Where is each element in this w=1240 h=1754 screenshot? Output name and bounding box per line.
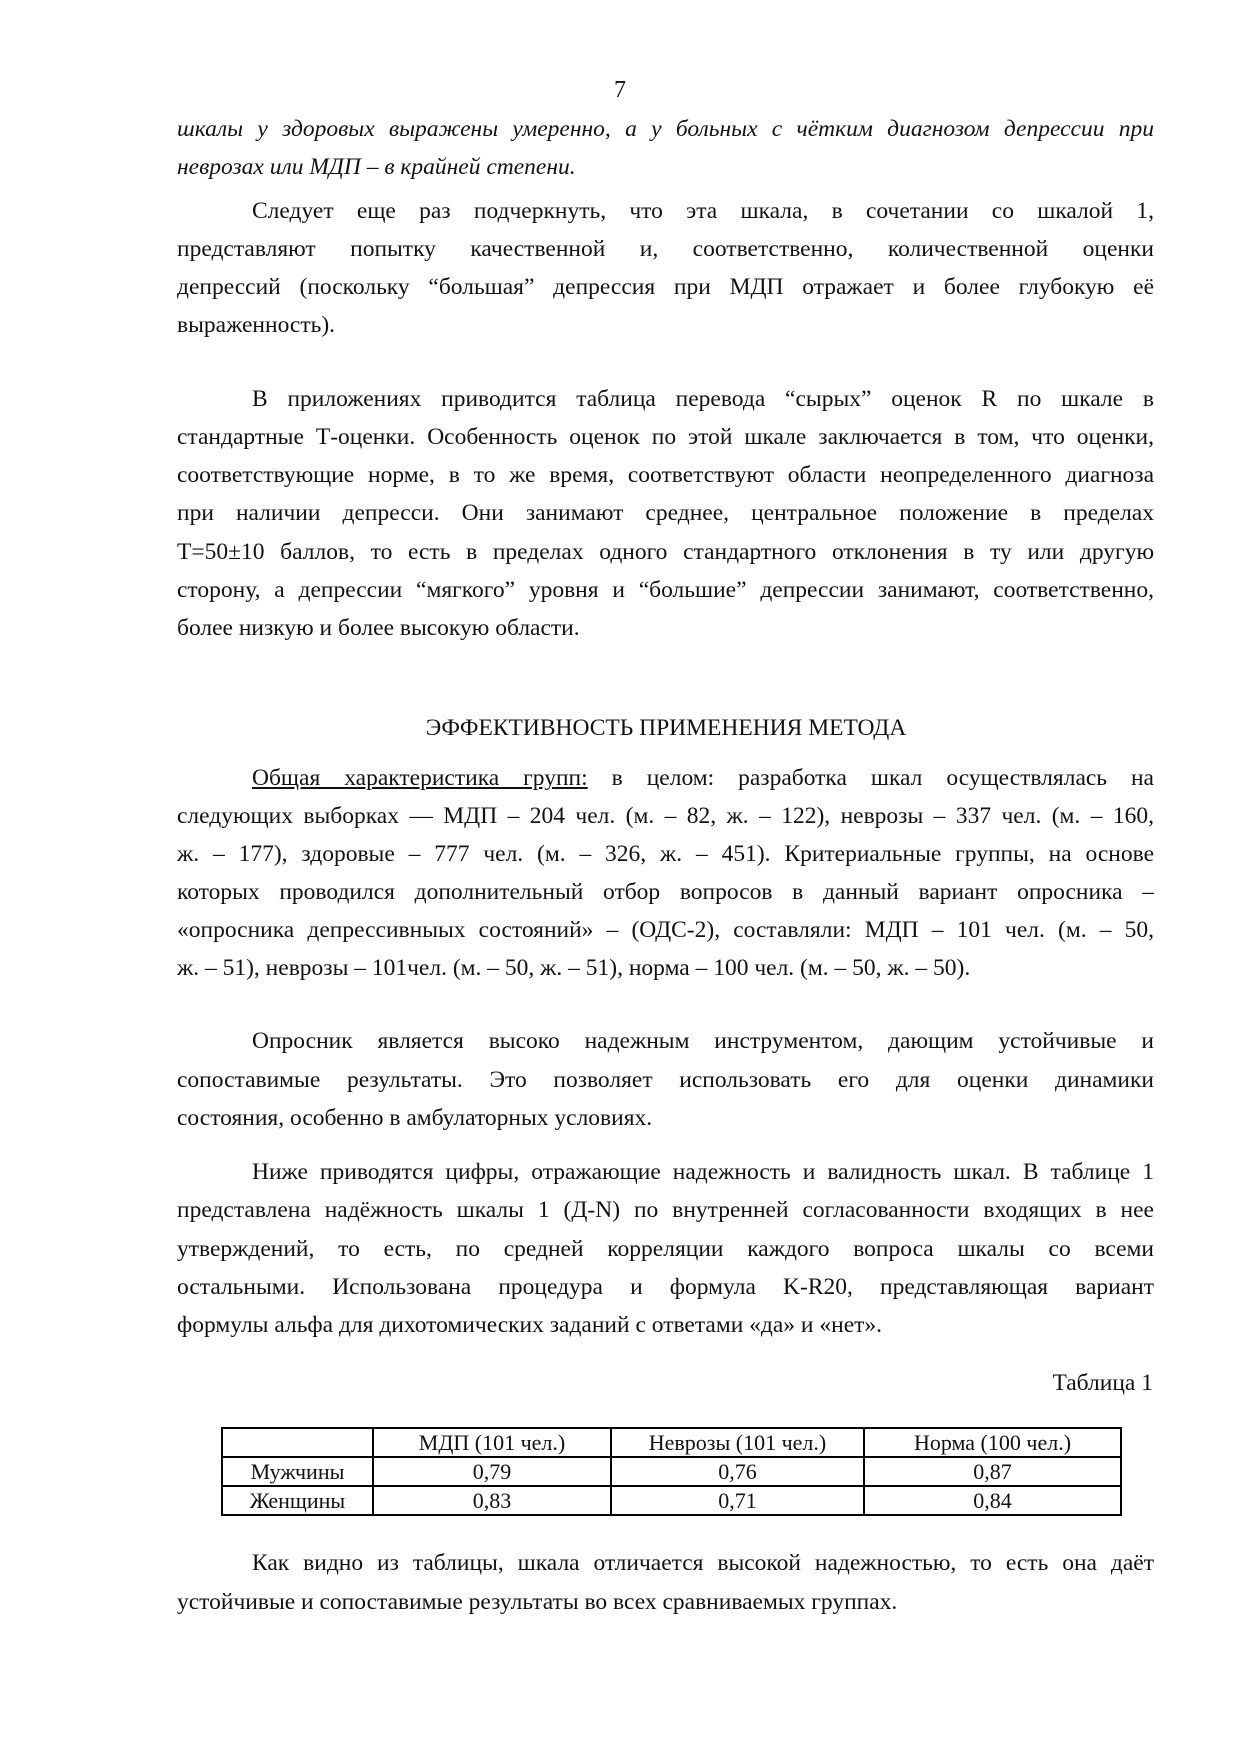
table-header-cell bbox=[222, 1428, 373, 1457]
paragraph-line: соответствующие норме, в то же время, со… bbox=[177, 460, 1154, 490]
paragraph-line: Ниже приводятся цифры, отражающие надежн… bbox=[252, 1157, 1154, 1187]
paragraph-line: шкалы у здоровых выражены умеренно, а у … bbox=[177, 114, 1154, 144]
table-header-cell: Норма (100 чел.) bbox=[864, 1428, 1121, 1457]
table-row: Женщины 0,83 0,71 0,84 bbox=[222, 1486, 1121, 1515]
paragraph-line: состояния, особенно в амбулаторных услов… bbox=[177, 1103, 1154, 1133]
table-cell: 0,79 bbox=[373, 1457, 611, 1486]
paragraph-line: неврозах или МДП – в крайней степени. bbox=[177, 152, 1154, 182]
paragraph-line: представляют попытку качественной и, соо… bbox=[177, 234, 1154, 264]
underlined-lead: Общая характеристика групп: bbox=[252, 765, 588, 791]
paragraph-line: представлена надёжность шкалы 1 (Д-N) по… bbox=[177, 1195, 1154, 1225]
paragraph-line: ж. – 51), неврозы – 101чел. (м. – 50, ж.… bbox=[177, 953, 1154, 983]
table-header-row: МДП (101 чел.) Неврозы (101 чел.) Норма … bbox=[222, 1428, 1121, 1457]
paragraph-line: стандартные Т-оценки. Особенность оценок… bbox=[177, 422, 1154, 452]
paragraph-line: выраженность). bbox=[177, 310, 1154, 340]
table-header-cell: МДП (101 чел.) bbox=[373, 1428, 611, 1457]
paragraph-line: «опросника депрессивныых состояний» – (О… bbox=[177, 915, 1154, 945]
paragraph-line: утверждений, то есть, по средней корреля… bbox=[177, 1234, 1154, 1264]
paragraph-line: более низкую и более высокую области. bbox=[177, 613, 1154, 643]
page-number: 7 bbox=[0, 76, 1240, 104]
paragraph-line: формулы альфа для дихотомических заданий… bbox=[177, 1310, 1154, 1340]
paragraph-line: сторону, а депрессии “мягкого” уровня и … bbox=[177, 575, 1154, 605]
reliability-table: МДП (101 чел.) Неврозы (101 чел.) Норма … bbox=[221, 1427, 1122, 1516]
table-row-label: Мужчины bbox=[222, 1457, 373, 1486]
paragraph-line: Как видно из таблицы, шкала отличается в… bbox=[252, 1548, 1154, 1578]
paragraph-line: Т=50±10 баллов, то есть в пределах одног… bbox=[177, 537, 1154, 567]
paragraph-line: Общая характеристика групп: в целом: раз… bbox=[252, 763, 1154, 793]
paragraph-line: остальными. Использована процедура и фор… bbox=[177, 1272, 1154, 1302]
table-row-label: Женщины bbox=[222, 1486, 373, 1515]
section-heading: ЭФФЕКТИВНОСТЬ ПРИМЕНЕНИЯ МЕТОДА bbox=[0, 713, 1240, 743]
paragraph-line: Опросник является высоко надежным инстру… bbox=[252, 1026, 1154, 1056]
table-row: Мужчины 0,79 0,76 0,87 bbox=[222, 1457, 1121, 1486]
paragraph-line: которых проводился дополнительный отбор … bbox=[177, 877, 1154, 907]
paragraph-line: В приложениях приводится таблица перевод… bbox=[252, 384, 1154, 414]
paragraph-line: устойчивые и сопоставимые результаты во … bbox=[177, 1587, 1154, 1617]
paragraph-line: сопоставимые результаты. Это позволяет и… bbox=[177, 1065, 1154, 1095]
table-cell: 0,71 bbox=[611, 1486, 864, 1515]
paragraph-line: при наличии депресси. Они занимают средн… bbox=[177, 498, 1154, 528]
paragraph-text: в целом: разработка шкал осуществлялась … bbox=[588, 765, 1154, 791]
table-cell: 0,84 bbox=[864, 1486, 1121, 1515]
table-caption: Таблица 1 bbox=[1052, 1368, 1153, 1398]
table-cell: 0,76 bbox=[611, 1457, 864, 1486]
table-header-cell: Неврозы (101 чел.) bbox=[611, 1428, 864, 1457]
paragraph-line: следующих выборках — МДП – 204 чел. (м. … bbox=[177, 801, 1154, 831]
paragraph-line: депрессий (поскольку “большая” депрессия… bbox=[177, 272, 1154, 302]
paragraph-line: ж. – 177), здоровые – 777 чел. (м. – 326… bbox=[177, 839, 1154, 869]
paragraph-line: Следует еще раз подчеркнуть, что эта шка… bbox=[252, 196, 1154, 226]
table-cell: 0,83 bbox=[373, 1486, 611, 1515]
table-cell: 0,87 bbox=[864, 1457, 1121, 1486]
